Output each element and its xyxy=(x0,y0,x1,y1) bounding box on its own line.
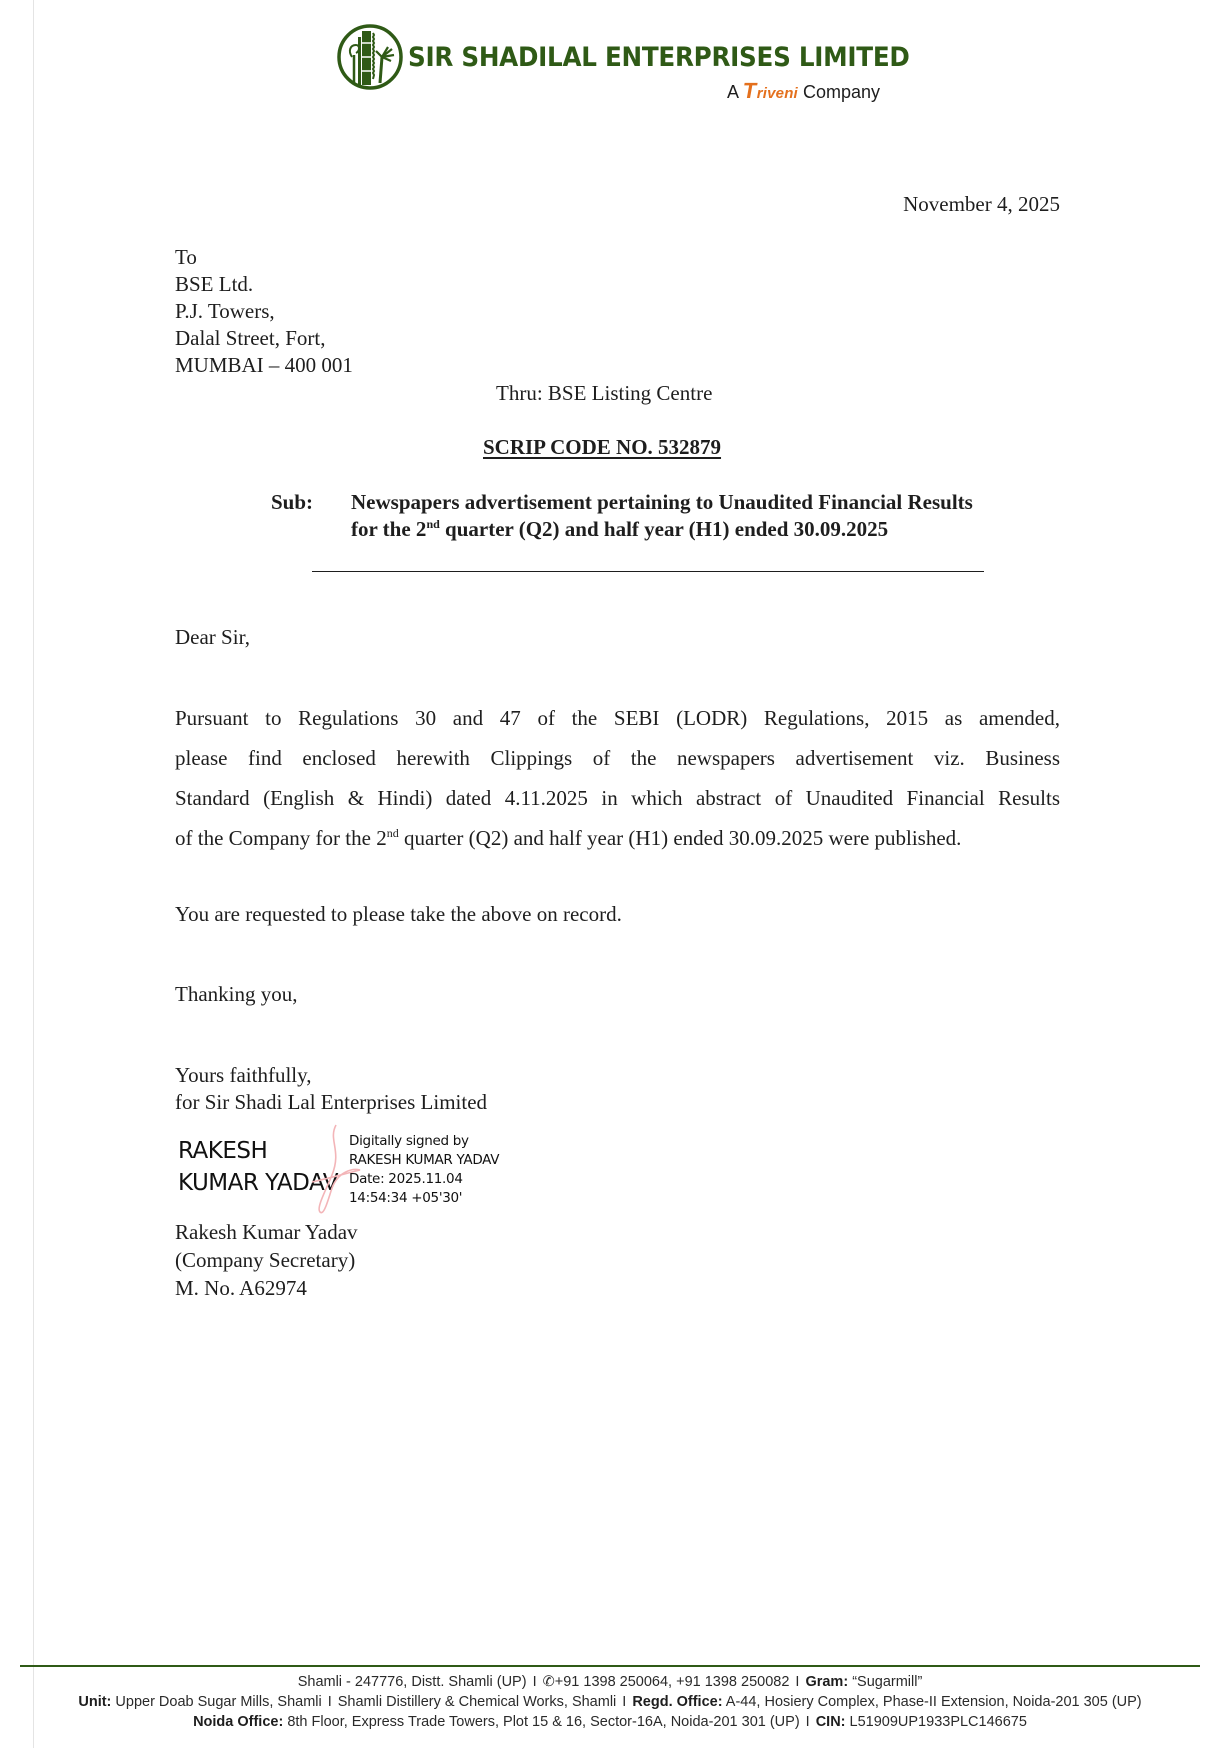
closing-line: for Sir Shadi Lal Enterprises Limited xyxy=(175,1089,487,1116)
thru-line: Thru: BSE Listing Centre xyxy=(496,380,712,407)
subject-divider xyxy=(312,571,984,572)
salutation: Dear Sir, xyxy=(175,624,250,651)
regd-office-label: Regd. Office: xyxy=(632,1694,722,1710)
footer-divider xyxy=(20,1665,1200,1667)
cin-label: CIN: xyxy=(816,1714,846,1730)
request-line: You are requested to please take the abo… xyxy=(175,901,622,928)
address-line: Dalal Street, Fort, xyxy=(175,325,353,352)
company-name: SIR SHADILAL ENTERPRISES LIMITED xyxy=(408,42,910,73)
subject-label: Sub: xyxy=(271,489,313,516)
separator: I xyxy=(616,1694,632,1710)
unit-value: Shamli Distillery & Chemical Works, Sham… xyxy=(338,1694,617,1710)
signer-title: (Company Secretary) xyxy=(175,1246,358,1274)
separator: I xyxy=(789,1674,805,1690)
body-line: Standard (English & Hindi) dated 4.11.20… xyxy=(175,778,1060,818)
address-line: MUMBAI – 400 001 xyxy=(175,352,353,379)
tagline-suffix: Company xyxy=(803,82,880,102)
closing-line: Yours faithfully, xyxy=(175,1062,487,1089)
parent-company-tagline: A Triveni Company xyxy=(727,78,880,104)
subject-line-2-pre: for the 2 xyxy=(351,517,426,541)
page-edge xyxy=(33,0,34,1748)
signature-detail-line: Digitally signed by xyxy=(349,1132,499,1151)
footer-line-1: Shamli - 247776, Distt. Shamli (UP)I✆+91… xyxy=(20,1672,1200,1692)
body-line-4-pre: of the Company for the 2 xyxy=(175,826,387,850)
cin-value: L51909UP1933PLC146675 xyxy=(850,1714,1027,1730)
ordinal-suffix: nd xyxy=(426,517,439,531)
footer-address: Shamli - 247776, Distt. Shamli (UP) xyxy=(298,1674,527,1690)
signature-detail-line: RAKESH KUMAR YADAV xyxy=(349,1151,499,1170)
body-line-4-post: quarter (Q2) and half year (H1) ended 30… xyxy=(399,826,962,850)
body-line: Pursuant to Regulations 30 and 47 of the… xyxy=(175,698,1060,738)
gram-label: Gram: xyxy=(805,1674,848,1690)
separator: I xyxy=(322,1694,338,1710)
footer-line-2: Unit: Upper Doab Sugar Mills, ShamliISha… xyxy=(20,1692,1200,1712)
footer-phones: +91 1398 250064, +91 1398 250082 xyxy=(555,1674,790,1690)
gram-value: “Sugarmill” xyxy=(852,1674,922,1690)
phone-icon: ✆ xyxy=(543,1674,555,1690)
footer-line-3: Noida Office: 8th Floor, Express Trade T… xyxy=(20,1712,1200,1732)
signer-block: Rakesh Kumar Yadav (Company Secretary) M… xyxy=(175,1218,358,1302)
footer: Shamli - 247776, Distt. Shamli (UP)I✆+91… xyxy=(20,1672,1200,1732)
subject-text: Newspapers advertisement pertaining to U… xyxy=(351,489,973,543)
address-line: BSE Ltd. xyxy=(175,271,353,298)
ordinal-suffix: nd xyxy=(387,826,399,840)
signature-detail-line: 14:54:34 +05'30' xyxy=(349,1189,499,1208)
separator: I xyxy=(527,1674,543,1690)
thanks-line: Thanking you, xyxy=(175,981,297,1008)
scrip-code: SCRIP CODE NO. 532879 xyxy=(483,434,721,461)
triveni-brand: Triveni xyxy=(743,85,798,102)
closing: Yours faithfully, for Sir Shadi Lal Ente… xyxy=(175,1062,487,1116)
subject-line-2-post: quarter (Q2) and half year (H1) ended 30… xyxy=(440,517,888,541)
signer-name: Rakesh Kumar Yadav xyxy=(175,1218,358,1246)
recipient-address: To BSE Ltd. P.J. Towers, Dalal Street, F… xyxy=(175,244,353,379)
signature-detail-line: Date: 2025.11.04 xyxy=(349,1170,499,1189)
address-line: P.J. Towers, xyxy=(175,298,353,325)
body-paragraph: Pursuant to Regulations 30 and 47 of the… xyxy=(175,698,1060,858)
subject-line-2: for the 2nd quarter (Q2) and half year (… xyxy=(351,516,973,543)
address-line: To xyxy=(175,244,353,271)
letter-date: November 4, 2025 xyxy=(903,191,1060,218)
noida-office-label: Noida Office: xyxy=(193,1714,283,1730)
body-line: please find enclosed herewith Clippings … xyxy=(175,738,1060,778)
unit-label: Unit: xyxy=(78,1694,111,1710)
body-line: of the Company for the 2nd quarter (Q2) … xyxy=(175,818,1060,858)
membership-number: M. No. A62974 xyxy=(175,1274,358,1302)
subject-line-1: Newspapers advertisement pertaining to U… xyxy=(351,489,973,516)
tagline-prefix: A xyxy=(727,82,738,102)
separator: I xyxy=(800,1714,816,1730)
letterhead: SIR SHADILAL ENTERPRISES LIMITED A Trive… xyxy=(336,23,896,103)
triveni-rest: riveni xyxy=(757,85,798,102)
signature-details: Digitally signed by RAKESH KUMAR YADAV D… xyxy=(349,1132,499,1208)
unit-value: Upper Doab Sugar Mills, Shamli xyxy=(115,1694,321,1710)
bamboo-logo-icon xyxy=(336,23,404,91)
noida-office-value: 8th Floor, Express Trade Towers, Plot 15… xyxy=(287,1714,799,1730)
regd-office-value: A-44, Hosiery Complex, Phase-II Extensio… xyxy=(726,1694,1142,1710)
